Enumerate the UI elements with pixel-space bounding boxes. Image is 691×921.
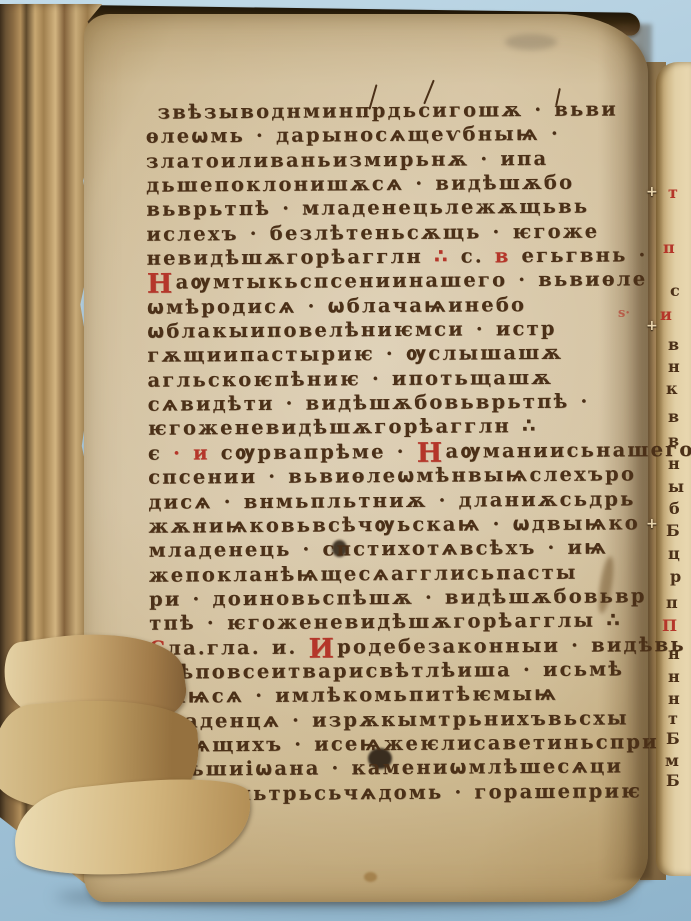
ink-text: аѹмтыкьспсениинашего · вьвиѳле xyxy=(175,268,647,294)
text-line: сѧвидѣти · видѣшѫбовьврьтпѣ · xyxy=(148,389,650,417)
text-line: дисѧ · внмьпльтниѫ · дланиѫсьдрь xyxy=(148,487,650,515)
text-line: гѫщиипастыриѥ · ѹслышашѫ xyxy=(147,341,649,369)
ink-text: гѫщиипастыриѥ · ѹслышашѫ xyxy=(147,341,563,367)
adjacent-page-letter: ы xyxy=(668,477,684,496)
text-line: спсении · вьвиѳлеѡмѣнвыѩслехъро xyxy=(148,462,650,490)
text-line: Наѹмтыкьспсениинашего · вьвиѳле xyxy=(147,268,649,296)
manuscript-photo: звѣзыводнминпрдьсигошѫ · вьвиѳлеѡмь · да… xyxy=(0,0,691,921)
ink-text: ла.гла. и. xyxy=(167,635,308,659)
ink-text: ѥгоженевидѣшѫгорѣагглн ∴ xyxy=(148,414,538,440)
rubric-text: в xyxy=(495,244,511,267)
ink-text: ѡмѣродисѧ · ѡблачаѩинебо xyxy=(147,293,526,319)
ink-text: жепокланѣѩщесѧагглисьпасты xyxy=(149,560,578,586)
text-line: здѣповсеитварисвѣтлѣиша · исьмѣ xyxy=(149,657,651,685)
ink-text: егьгвнь · xyxy=(510,243,647,267)
rubric-initial: И xyxy=(308,639,336,659)
sewing-mark: + xyxy=(646,318,660,332)
ink-text: спсении · вьвиѳлеѡмѣнвыѩслехъро xyxy=(148,463,636,489)
ink-text: ри · доиновьспѣшѫ · видѣшѫбовьвр xyxy=(149,584,647,610)
text-line: ислехъ · безлѣтеньсѫщь · ѥгоже xyxy=(146,219,648,247)
margin-rubric-mark: ѕ· xyxy=(618,306,630,321)
parchment-stain xyxy=(364,872,377,882)
text-line: ѡмѣродисѧ · ѡблачаѩинебо xyxy=(147,292,649,320)
adjacent-page-letter: в xyxy=(668,335,679,354)
adjacent-page-letter: в xyxy=(668,431,679,450)
text-line: агльскоѥпѣниѥ · ипотьщашѫ xyxy=(147,365,649,393)
text-line: младенцѧ · изрѫкымтрьнихъвьсхы xyxy=(150,706,652,734)
text-line: златоиливаньизмирьнѫ · ипа xyxy=(146,146,648,174)
adjacent-page-letter: т xyxy=(668,183,678,202)
ink-text: дьшепоклонишѫсѧ · видѣшѫбо xyxy=(146,171,574,197)
ink-text: невидѣшѫгорѣагглн xyxy=(147,245,434,270)
sewing-mark: + xyxy=(646,184,660,198)
ink-text: младенець · спстихотѧвсѣхъ · иѩ xyxy=(149,536,609,562)
text-line: шаѩсѧ · имлѣкомьпитѣѥмыѩ xyxy=(150,681,652,709)
text-line: ѡблакыиповелѣниѥмси · истр xyxy=(147,316,649,344)
ink-text: звѣзыводнминпрдьсигошѫ · вьви xyxy=(158,97,618,123)
ink-text: жѫниѩковьвсѣчѹьскаѩ · ѡдвыѩко xyxy=(148,511,640,537)
adjacent-page-letter: в xyxy=(668,407,679,426)
adjacent-page-letter: Б xyxy=(666,521,680,540)
adjacent-page-letter: н xyxy=(668,357,680,376)
ink-text: тпѣ · ѥгоженевидѣшѫгорѣагглы ∴ xyxy=(149,609,622,635)
ink-text: агльскоѥпѣниѥ · ипотьщашѫ xyxy=(147,366,553,392)
ink-text: щаѩщихъ · исеѩжеѥлисаветиньспри xyxy=(150,730,659,757)
text-line: є · и сѹрвапрѣме · Наѹманиисьнашего xyxy=(148,438,650,466)
adjacent-page-letter: Б xyxy=(666,771,680,790)
text-line: Сла.гла. и. Иродебезаконныи · видѣвь xyxy=(149,633,651,661)
adjacent-page-letter: к xyxy=(666,379,678,398)
ink-text: є xyxy=(148,441,173,464)
parchment-stain xyxy=(505,34,557,50)
adjacent-page-letter: с xyxy=(670,281,680,300)
text-column: звѣзыводнминпрдьсигошѫ · вьвиѳлеѡмь · да… xyxy=(146,97,653,806)
rubric-initial: Н xyxy=(417,443,445,463)
adjacent-page-letter: Б xyxy=(666,729,680,748)
ink-text: аѹманиисьнашего xyxy=(445,438,691,463)
text-line: дьшепоклонишѫсѧ · видѣшѫбо xyxy=(146,170,648,198)
ink-text: родебезаконныи · видѣвь xyxy=(337,633,686,658)
adjacent-page-letter: п xyxy=(666,593,678,612)
ink-text: здѣповсеитварисвѣтлѣиша · исьмѣ xyxy=(149,657,624,683)
adjacent-page-letter: н xyxy=(668,667,680,686)
text-line: жепокланѣѩщесѧагглисьпасты xyxy=(149,560,651,588)
rubric-text: · и xyxy=(173,441,221,464)
adjacent-page-letter: б xyxy=(669,499,680,518)
text-line: ѥгоженевидѣшѫгорѣагглн ∴ xyxy=(148,414,650,442)
text-line: щаѩщихъ · исеѩжеѥлисаветиньспри xyxy=(150,730,652,758)
rubric-text: ∴ xyxy=(434,245,450,268)
adjacent-page-letter: П xyxy=(662,616,677,635)
text-line: младенець · спстихотѧвсѣхъ · иѩ xyxy=(149,535,651,563)
adjacent-page-letter: м xyxy=(665,751,679,770)
text-line: жѫниѩковьвсѣчѹьскаѩ · ѡдвыѩко xyxy=(148,511,650,539)
adjacent-page-letter: н xyxy=(668,454,680,473)
rubric-initial: Н xyxy=(147,275,175,295)
ink-text: вьврьтпѣ · младенецьлежѫщьвь xyxy=(146,195,589,221)
text-line: ѳлеѡмь · дарыносѧщеѵбныѩ · xyxy=(146,122,648,150)
text-line: ѥмьшиіѡана · камениѡмлѣшесѧци xyxy=(150,755,652,783)
ink-text: сѧвидѣти · видѣшѫбовьврьтпѣ · xyxy=(148,390,590,416)
ink-text: шаѩсѧ · имлѣкомьпитѣѥмыѩ xyxy=(150,682,559,708)
ink-text: ѡблакыиповелѣниѥмси · истр xyxy=(147,317,557,343)
text-line: тпѣ · ѥгоженевидѣшѫгорѣагглы ∴ xyxy=(149,608,651,636)
ink-text: златоиливаньизмирьнѫ · ипа xyxy=(146,147,549,173)
adjacent-page-letter: п xyxy=(663,238,675,257)
text-line: вьврьтпѣ · младенецьлежѫщьвь xyxy=(146,195,648,223)
adjacent-page-letter: н xyxy=(668,689,680,708)
ink-text: ѥмьшиіѡана · камениѡмлѣшесѧци xyxy=(150,755,623,781)
ink-text: ислехъ · безлѣтеньсѫщь · ѥгоже xyxy=(146,219,599,245)
adjacent-page-letter: т xyxy=(668,709,678,728)
ink-text: с. xyxy=(450,244,495,267)
ink-text: ѳлеѡмь · дарыносѧщеѵбныѩ · xyxy=(146,122,560,148)
adjacent-page-letter: р xyxy=(670,567,681,586)
ink-text: дисѧ · внмьпльтниѫ · дланиѫсьдрь xyxy=(148,487,635,513)
adjacent-page-letter: и xyxy=(660,305,672,324)
ink-text: сѹрвапрѣме · xyxy=(221,440,417,464)
text-line: ри · доиновьспѣшѫ · видѣшѫбовьвр xyxy=(149,584,651,612)
sewing-mark: + xyxy=(646,516,660,530)
adjacent-page-letter: ц xyxy=(668,544,680,563)
text-line: звѣзыводнминпрдьсигошѫ · вьви xyxy=(146,97,648,125)
adjacent-page-letter: н xyxy=(668,644,680,663)
ink-text: младенцѧ · изрѫкымтрьнихъвьсхы xyxy=(150,706,629,732)
